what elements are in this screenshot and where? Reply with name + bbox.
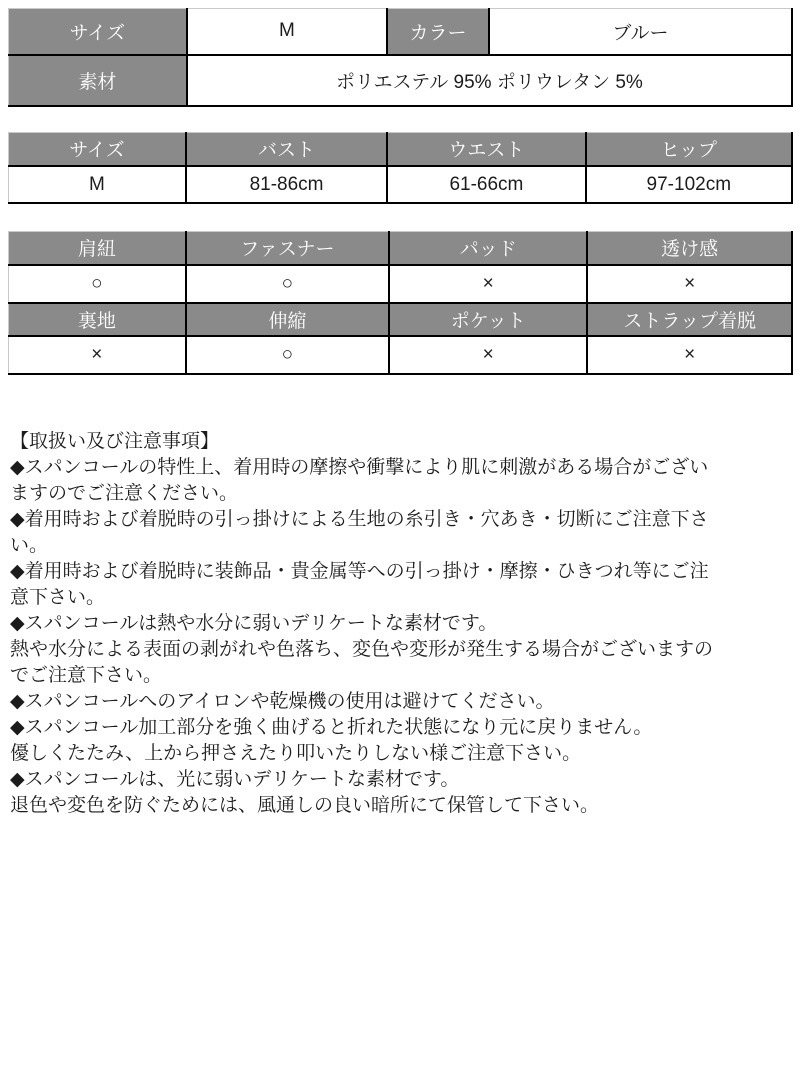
care-note-line-10: ◆スパンコールへのアイロンや乾燥機の使用は避けてください。 — [10, 689, 793, 715]
care-note-line-3: ◆着用時および着脱時の引っ掛けによる生地の糸引き・穴あき・切断にご注意下さ — [10, 507, 793, 533]
care-note-line-9: でご注意下さい。 — [10, 663, 793, 689]
feature-header-sheerness: 透け感 — [587, 232, 792, 265]
measure-value-size: M — [9, 166, 186, 203]
feature-value-sheerness: × — [587, 265, 792, 303]
care-note-line-7: ◆スパンコールは熱や水分に弱いデリケートな素材です。 — [10, 611, 793, 637]
care-note-line-11: ◆スパンコール加工部分を強く曲げると折れた状態になり元に戻りません。 — [10, 715, 793, 741]
feature-value-pocket: × — [389, 336, 587, 374]
measure-header-hip: ヒップ — [586, 132, 792, 166]
feature-header-fastener: ファスナー — [186, 232, 389, 265]
care-note-line-2: ますのでご注意ください。 — [10, 481, 793, 507]
feature-value-shoulder-strap: ○ — [9, 265, 186, 303]
care-note-line-12: 優しくたたみ、上から押さえたり叩いたりしない様ご注意下さい。 — [10, 741, 793, 767]
care-note-line-6: 意下さい。 — [10, 585, 793, 611]
feature-header-strap-detachable: ストラップ着脱 — [587, 303, 792, 336]
measure-value-hip: 97-102cm — [586, 166, 792, 203]
measure-value-waist: 61-66cm — [387, 166, 585, 203]
feature-header-pad: パッド — [389, 232, 587, 265]
features-table: 肩紐 ファスナー パッド 透け感 ○ ○ × × 裏地 伸縮 ポケット ストラッ… — [8, 231, 793, 375]
feature-header-stretch: 伸縮 — [186, 303, 389, 336]
measure-header-waist: ウエスト — [387, 132, 585, 166]
material-value-cell: ポリエステル 95% ポリウレタン 5% — [187, 55, 792, 106]
feature-value-fastener: ○ — [186, 265, 389, 303]
measure-value-bust: 81-86cm — [186, 166, 387, 203]
measure-header-bust: バスト — [186, 132, 387, 166]
size-value-cell: M — [187, 9, 387, 55]
feature-value-lining: × — [9, 336, 186, 374]
care-notes: 【取扱い及び注意事項】 ◆スパンコールの特性上、着用時の摩擦や衝撃により肌に刺激… — [10, 429, 793, 819]
product-spec-table: サイズ M カラー ブルー 素材 ポリエステル 95% ポリウレタン 5% — [8, 8, 793, 107]
product-spec-page: サイズ M カラー ブルー 素材 ポリエステル 95% ポリウレタン 5% サイ… — [0, 0, 800, 1067]
feature-value-strap-detachable: × — [587, 336, 792, 374]
measure-header-size: サイズ — [9, 132, 186, 166]
care-notes-title: 【取扱い及び注意事項】 — [10, 429, 793, 455]
color-label-cell: カラー — [387, 9, 489, 55]
feature-value-pad: × — [389, 265, 587, 303]
care-note-line-8: 熱や水分による表面の剥がれや色落ち、変色や変形が発生する場合がございますの — [10, 637, 793, 663]
material-label-cell: 素材 — [9, 55, 187, 106]
feature-header-lining: 裏地 — [9, 303, 186, 336]
feature-header-shoulder-strap: 肩紐 — [9, 232, 186, 265]
care-note-line-5: ◆着用時および着脱時に装飾品・貴金属等への引っ掛け・摩擦・ひきつれ等にご注 — [10, 559, 793, 585]
feature-header-pocket: ポケット — [389, 303, 587, 336]
care-note-line-13: ◆スパンコールは、光に弱いデリケートな素材です。 — [10, 767, 793, 793]
care-note-line-4: い。 — [10, 533, 793, 559]
measurements-table: サイズ バスト ウエスト ヒップ M 81-86cm 61-66cm 97-10… — [8, 132, 793, 205]
feature-value-stretch: ○ — [186, 336, 389, 374]
care-note-line-14: 退色や変色を防ぐためには、風通しの良い暗所にて保管して下さい。 — [10, 793, 793, 819]
color-value-cell: ブルー — [489, 9, 792, 55]
size-label-cell: サイズ — [9, 9, 187, 55]
care-note-line-1: ◆スパンコールの特性上、着用時の摩擦や衝撃により肌に刺激がある場合がござい — [10, 455, 793, 481]
